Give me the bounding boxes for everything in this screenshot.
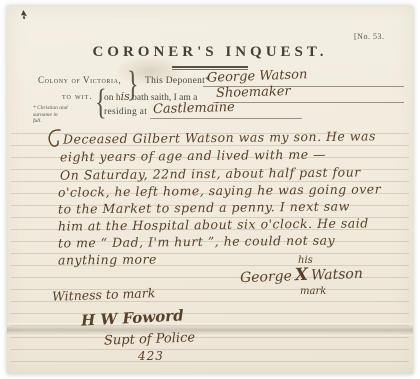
statement-line: to the Market to spend a penny. I next s… [58, 198, 350, 216]
page-title: CORONER'S INQUEST. [7, 44, 413, 61]
witness-label: Witness to mark [52, 285, 156, 304]
statement-line: him at the Hospital about six o'clock. H… [58, 215, 369, 233]
oath-prefix: on h [104, 93, 121, 103]
signature-mark: mark [300, 286, 326, 297]
statement-line: Deceased Gilbert Watson was my son. He w… [63, 128, 376, 146]
pen-flourish [45, 127, 63, 151]
deponent-signature: GeorgeXWatson [240, 263, 363, 287]
deponent-label: This Deponent* [145, 76, 210, 86]
witness-role: Supt of Police [104, 330, 196, 348]
fill-rule-residence [150, 117, 302, 119]
oath-insert-handwriting: is [121, 90, 130, 103]
residing-label: residing at [104, 107, 147, 117]
jurisdiction-colony: Colony of Victoria, [38, 75, 121, 85]
fill-rule-occupation [213, 101, 404, 103]
signature-x-mark: X [294, 265, 308, 285]
statement-line: to me “ Dad, I'm hurt ”, he could not sa… [58, 233, 335, 251]
statement-line: o'clock, he left home, saying he was goi… [58, 181, 381, 199]
fold-crease [7, 323, 413, 336]
paper-sheet: [No. 53. CORONER'S INQUEST. Colony of Vi… [7, 6, 413, 374]
jurisdiction-to-wit: to wit. [62, 91, 92, 101]
statement-line: eight years of age and lived with me — [60, 147, 326, 165]
statement-line: On Saturday, 22nd inst, about half past … [60, 164, 361, 182]
occupation-handwriting: Shoemaker [216, 84, 291, 101]
witness-signature: H W Foword [81, 306, 184, 329]
witness-number: 423 [138, 349, 164, 363]
footnote-line: full. [33, 118, 89, 125]
margin-footnote: * Christian and surname in full. [33, 105, 89, 125]
statement-line: anything more [58, 251, 157, 267]
signature-first-name: George [240, 268, 292, 286]
form-number: [No. 53. [354, 32, 384, 41]
scanned-document-page: [No. 53. CORONER'S INQUEST. Colony of Vi… [0, 0, 420, 379]
residence-handwriting: Castlemaine [153, 100, 235, 117]
deponent-name-handwriting: George Watson [207, 67, 308, 85]
ink-blot-mark [21, 10, 27, 19]
signature-last-name: Watson [311, 266, 363, 284]
